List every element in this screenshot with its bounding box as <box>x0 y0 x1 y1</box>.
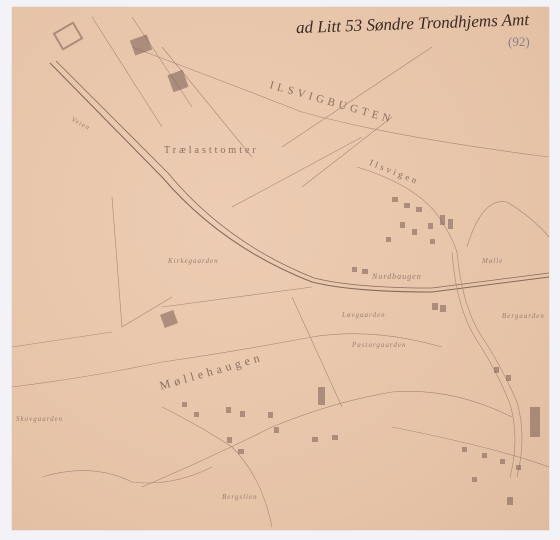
map-sheet: ILSVIGBUGTEN Trælasttomter Ilsvigen Kirk… <box>12 7 549 530</box>
label-kirkegaarden: Kirkegaarden <box>168 257 219 265</box>
label-lovgaarden: Løvgaarden <box>342 311 386 319</box>
label-pastorgaarden: Pastorgaarden <box>352 341 406 349</box>
label-traelasttomter: Trælasttomter <box>164 145 259 156</box>
label-station: Nordbaugen <box>372 272 422 281</box>
label-bergaarden: Bergaarden <box>502 312 545 320</box>
label-bergslien: Bergslien <box>222 493 258 501</box>
sheet-number: (92) <box>508 34 530 50</box>
label-molle: Mølle <box>482 257 503 265</box>
label-skovgaarden: Skovgaarden <box>16 415 63 423</box>
